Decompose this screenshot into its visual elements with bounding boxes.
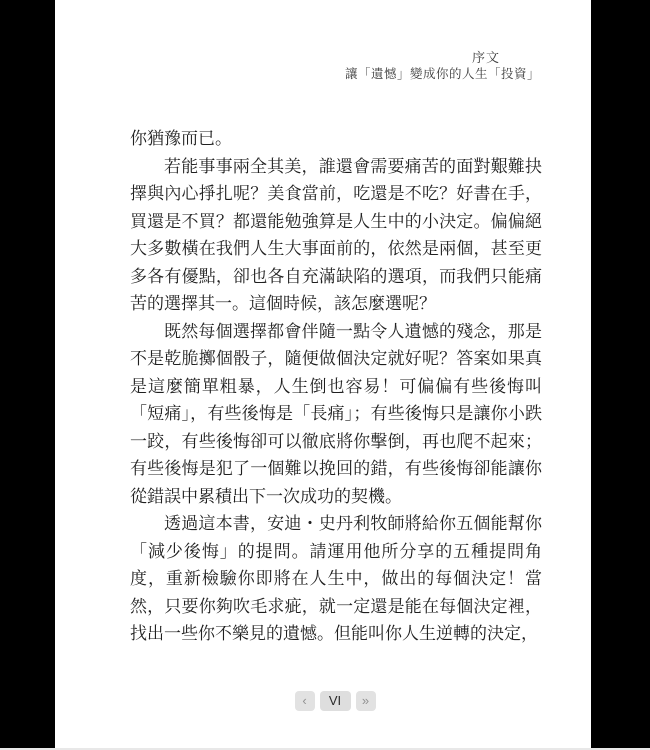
letterbox-right xyxy=(591,0,650,748)
chapter-label: 序文 xyxy=(345,50,540,66)
page-indicator[interactable]: VI xyxy=(320,691,351,711)
letterbox-left xyxy=(0,0,55,748)
paragraph: 既然每個選擇都會伴隨一點令人遺憾的殘念，那是不是乾脆擲個骰子，隨便做個決定就好呢… xyxy=(130,318,542,511)
chapter-subtitle: 讓「遺憾」變成你的人生「投資」 xyxy=(345,66,540,82)
body-text: 你猶豫而已。 若能事事兩全其美，誰還會需要痛苦的面對艱難抉擇與內心掙扎呢？美食當… xyxy=(130,125,542,648)
prev-page-button[interactable]: ‹ xyxy=(295,691,315,711)
book-page: 序文 讓「遺憾」變成你的人生「投資」 你猶豫而已。 若能事事兩全其美，誰還會需要… xyxy=(55,0,591,748)
paragraph: 你猶豫而已。 xyxy=(130,125,542,153)
paragraph: 若能事事兩全其美，誰還會需要痛苦的面對艱難抉擇與內心掙扎呢？美食當前，吃還是不吃… xyxy=(130,153,542,318)
chevron-left-icon: ‹ xyxy=(302,691,306,711)
next-page-button[interactable]: » xyxy=(356,691,376,711)
chevron-double-right-icon: » xyxy=(362,691,369,711)
paragraph: 透過這本書，安迪・史丹利牧師將給你五個能幫你「減少後悔」的提問。請運用他所分享的… xyxy=(130,510,542,648)
reader-viewport: 序文 讓「遺憾」變成你的人生「投資」 你猶豫而已。 若能事事兩全其美，誰還會需要… xyxy=(0,0,650,748)
chapter-header: 序文 讓「遺憾」變成你的人生「投資」 xyxy=(345,50,540,82)
pagination: ‹ VI » xyxy=(67,691,603,711)
